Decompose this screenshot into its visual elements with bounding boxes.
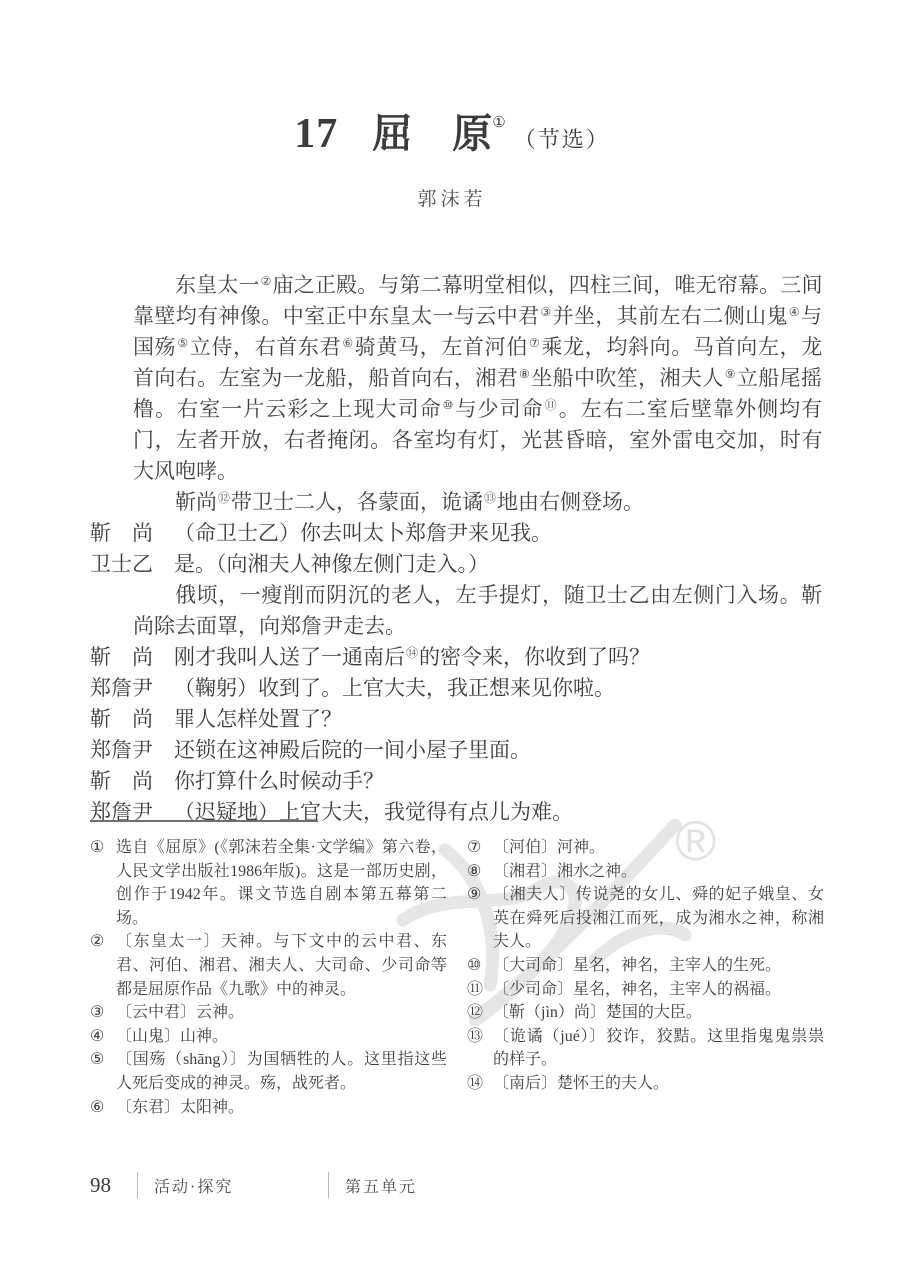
footnote-item: ⑬〔诡谲（jué）〕狡诈，狡黠。这里指鬼鬼祟祟的样子。: [467, 1025, 824, 1072]
speaker-name: 靳 尚: [90, 766, 174, 797]
footnote-ref: ⑪: [545, 398, 558, 412]
footnote-text: 选自《屈原》(《郭沫若全集·文学编》第六卷，人民文学出版社1986年版)。这是一…: [116, 836, 447, 930]
footer-separator: [137, 1172, 138, 1198]
page-footer: 98 活动·探究 第五单元: [90, 1172, 820, 1198]
footnote-marker: ①: [90, 836, 116, 930]
footnote-item: ⑤〔国殇（shāng）〕为国牺牲的人。这里指这些人死后变成的神灵。殇，战死者。: [90, 1048, 447, 1095]
speech-text: 是。（向湘夫人神像左侧门走入。）: [174, 549, 822, 580]
footnote-marker: ⑩: [467, 954, 493, 978]
footnote-text: 〔东皇太一〕天神。与下文中的云中君、东君、河伯、湘君、湘夫人、大司命、少司命等都…: [116, 930, 447, 1001]
footnote-marker: ⑨: [467, 883, 493, 954]
dialogue-line: 靳 尚你打算什么时候动手？: [90, 766, 822, 797]
page-number: 98: [90, 1173, 111, 1198]
footnote-text: 〔大司命〕星名，神名，主宰人的生死。: [493, 954, 824, 978]
footnote-marker: ③: [90, 1001, 116, 1025]
footnote-text: 〔诡谲（jué）〕狡诈，狡黠。这里指鬼鬼祟祟的样子。: [493, 1025, 824, 1072]
title-footnote-ref: ①: [492, 115, 505, 131]
footnote-text: 〔河伯〕河神。: [493, 836, 824, 860]
footnote-ref: ⑧: [519, 367, 530, 381]
speaker-name: 靳 尚: [90, 518, 174, 549]
footnote-ref: ④: [789, 305, 800, 319]
footnote-text: 〔山鬼〕山神。: [116, 1025, 447, 1049]
footnote-text: 〔湘夫人〕传说尧的女儿、舜的妃子娥皇、女英在舜死后投湘江而死，成为湘水之神，称湘…: [493, 883, 824, 954]
stage-direction: 靳尚⑫带卫士二人，各蒙面，诡谲⑬地由右侧登场。: [133, 487, 822, 518]
footnote-columns: ①选自《屈原》(《郭沫若全集·文学编》第六卷，人民文学出版社1986年版)。这是…: [90, 836, 824, 1119]
footnote-text: 〔少司命〕星名，神名，主宰人的祸福。: [493, 978, 824, 1002]
footnote-text: 〔南后〕楚怀王的夫人。: [493, 1072, 824, 1096]
footnote-item: ④〔山鬼〕山神。: [90, 1025, 447, 1049]
footnote-item: ⑧〔湘君〕湘水之神。: [467, 860, 824, 884]
lesson-number: 17: [294, 111, 338, 157]
footnote-marker: ⑭: [467, 1072, 493, 1096]
speaker-name: 靳 尚: [90, 704, 174, 735]
footnote-ref: ③: [540, 305, 551, 319]
textbook-page: ® 17屈 原①（节选） 郭沫若 东皇太一②庙之正殿。与第二幕明堂相似，四柱三间…: [0, 0, 904, 1264]
footnote-item: ①选自《屈原》(《郭沫若全集·文学编》第六卷，人民文学出版社1986年版)。这是…: [90, 836, 447, 930]
footnote-item: ③〔云中君〕云神。: [90, 1001, 447, 1025]
footnote-marker: ⑤: [90, 1048, 116, 1095]
footnotes-right: ⑦〔河伯〕河神。⑧〔湘君〕湘水之神。⑨〔湘夫人〕传说尧的女儿、舜的妃子娥皇、女英…: [467, 836, 824, 1119]
footer-section-label: 活动·探究: [154, 1174, 312, 1197]
footnote-item: ⑭〔南后〕楚怀王的夫人。: [467, 1072, 824, 1096]
footer-separator: [328, 1172, 329, 1198]
play-body: 东皇太一②庙之正殿。与第二幕明堂相似，四柱三间，唯无帘幕。三间靠壁均有神像。中室…: [90, 270, 822, 828]
dialogue-line: 郑詹尹还锁在这神殿后院的一间小屋子里面。: [90, 735, 822, 766]
footnote-text: 〔云中君〕云神。: [116, 1001, 447, 1025]
footnote-marker: ⑧: [467, 860, 493, 884]
speech-text: （鞠躬）收到了。上官大夫，我正想来见你啦。: [174, 673, 822, 704]
stage-direction: 东皇太一②庙之正殿。与第二幕明堂相似，四柱三间，唯无帘幕。三间靠壁均有神像。中室…: [133, 270, 822, 487]
speech-text: 还锁在这神殿后院的一间小屋子里面。: [174, 735, 822, 766]
footnote-item: ⑨〔湘夫人〕传说尧的女儿、舜的妃子娥皇、女英在舜死后投湘江而死，成为湘水之神，称…: [467, 883, 824, 954]
footnotes-section: ①选自《屈原》(《郭沫若全集·文学编》第六卷，人民文学出版社1986年版)。这是…: [90, 820, 824, 1119]
speaker-name: 卫士乙: [90, 549, 174, 580]
footnote-text: 〔国殇（shāng）〕为国牺牲的人。这里指这些人死后变成的神灵。殇，战死者。: [116, 1048, 447, 1095]
title-subtitle: （节选）: [514, 127, 610, 152]
dialogue-line: 郑詹尹（鞠躬）收到了。上官大夫，我正想来见你啦。: [90, 673, 822, 704]
footnote-item: ⑥〔东君〕太阳神。: [90, 1096, 447, 1120]
lesson-title-text: 屈 原: [372, 111, 492, 156]
footnote-marker: ②: [90, 930, 116, 1001]
stage-direction: 俄顷，一瘦削而阴沉的老人，左手提灯，随卫士乙由左侧门入场。靳尚除去面罩，向郑詹尹…: [133, 580, 822, 642]
footnote-marker: ⑬: [467, 1025, 493, 1072]
footnote-ref: ⑫: [218, 491, 230, 505]
footnote-text: 〔靳（jìn）尚〕楚国的大臣。: [493, 1001, 824, 1025]
speech-text: 刚才我叫人送了一通南后⑭的密令来，你收到了吗？: [174, 642, 822, 673]
footnote-marker: ⑥: [90, 1096, 116, 1120]
footnotes-left: ①选自《屈原》(《郭沫若全集·文学编》第六卷，人民文学出版社1986年版)。这是…: [90, 836, 447, 1119]
speaker-name: 郑詹尹: [90, 735, 174, 766]
footnote-ref: ⑨: [725, 367, 736, 381]
footnote-ref: ②: [261, 274, 272, 288]
author-name: 郭沫若: [0, 184, 904, 211]
footnote-item: ②〔东皇太一〕天神。与下文中的云中君、东君、河伯、湘君、湘夫人、大司命、少司命等…: [90, 930, 447, 1001]
speech-text: 你打算什么时候动手？: [174, 766, 822, 797]
dialogue-line: 卫士乙是。（向湘夫人神像左侧门走入。）: [90, 549, 822, 580]
footnote-ref: ⑬: [484, 491, 496, 505]
footnote-item: ⑩〔大司命〕星名，神名，主宰人的生死。: [467, 954, 824, 978]
footnote-marker: ⑫: [467, 1001, 493, 1025]
dialogue-line: 靳 尚刚才我叫人送了一通南后⑭的密令来，你收到了吗？: [90, 642, 822, 673]
speech-text: （命卫士乙）你去叫太卜郑詹尹来见我。: [174, 518, 822, 549]
footnote-item: ⑫〔靳（jìn）尚〕楚国的大臣。: [467, 1001, 824, 1025]
dialogue-line: 靳 尚（命卫士乙）你去叫太卜郑詹尹来见我。: [90, 518, 822, 549]
speech-text: 罪人怎样处置了？: [174, 704, 822, 735]
lesson-title: 17屈 原①（节选）: [0, 102, 904, 159]
footnote-ref: ⑩: [443, 398, 455, 412]
footer-unit-label: 第五单元: [345, 1174, 417, 1197]
footnote-divider: [90, 820, 318, 822]
footnote-marker: ⑦: [467, 836, 493, 860]
footnote-ref: ⑥: [342, 336, 353, 350]
footnote-ref: ⑭: [406, 646, 418, 660]
speaker-name: 郑詹尹: [90, 673, 174, 704]
footnote-item: ⑦〔河伯〕河神。: [467, 836, 824, 860]
footnote-text: 〔湘君〕湘水之神。: [493, 860, 824, 884]
dialogue-line: 靳 尚罪人怎样处置了？: [90, 704, 822, 735]
footnote-ref: ⑦: [529, 336, 540, 350]
speaker-name: 靳 尚: [90, 642, 174, 673]
footnote-marker: ⑪: [467, 978, 493, 1002]
footnote-ref: ⑤: [177, 336, 188, 350]
footnote-item: ⑪〔少司命〕星名，神名，主宰人的祸福。: [467, 978, 824, 1002]
footnote-marker: ④: [90, 1025, 116, 1049]
footnote-text: 〔东君〕太阳神。: [116, 1096, 447, 1120]
